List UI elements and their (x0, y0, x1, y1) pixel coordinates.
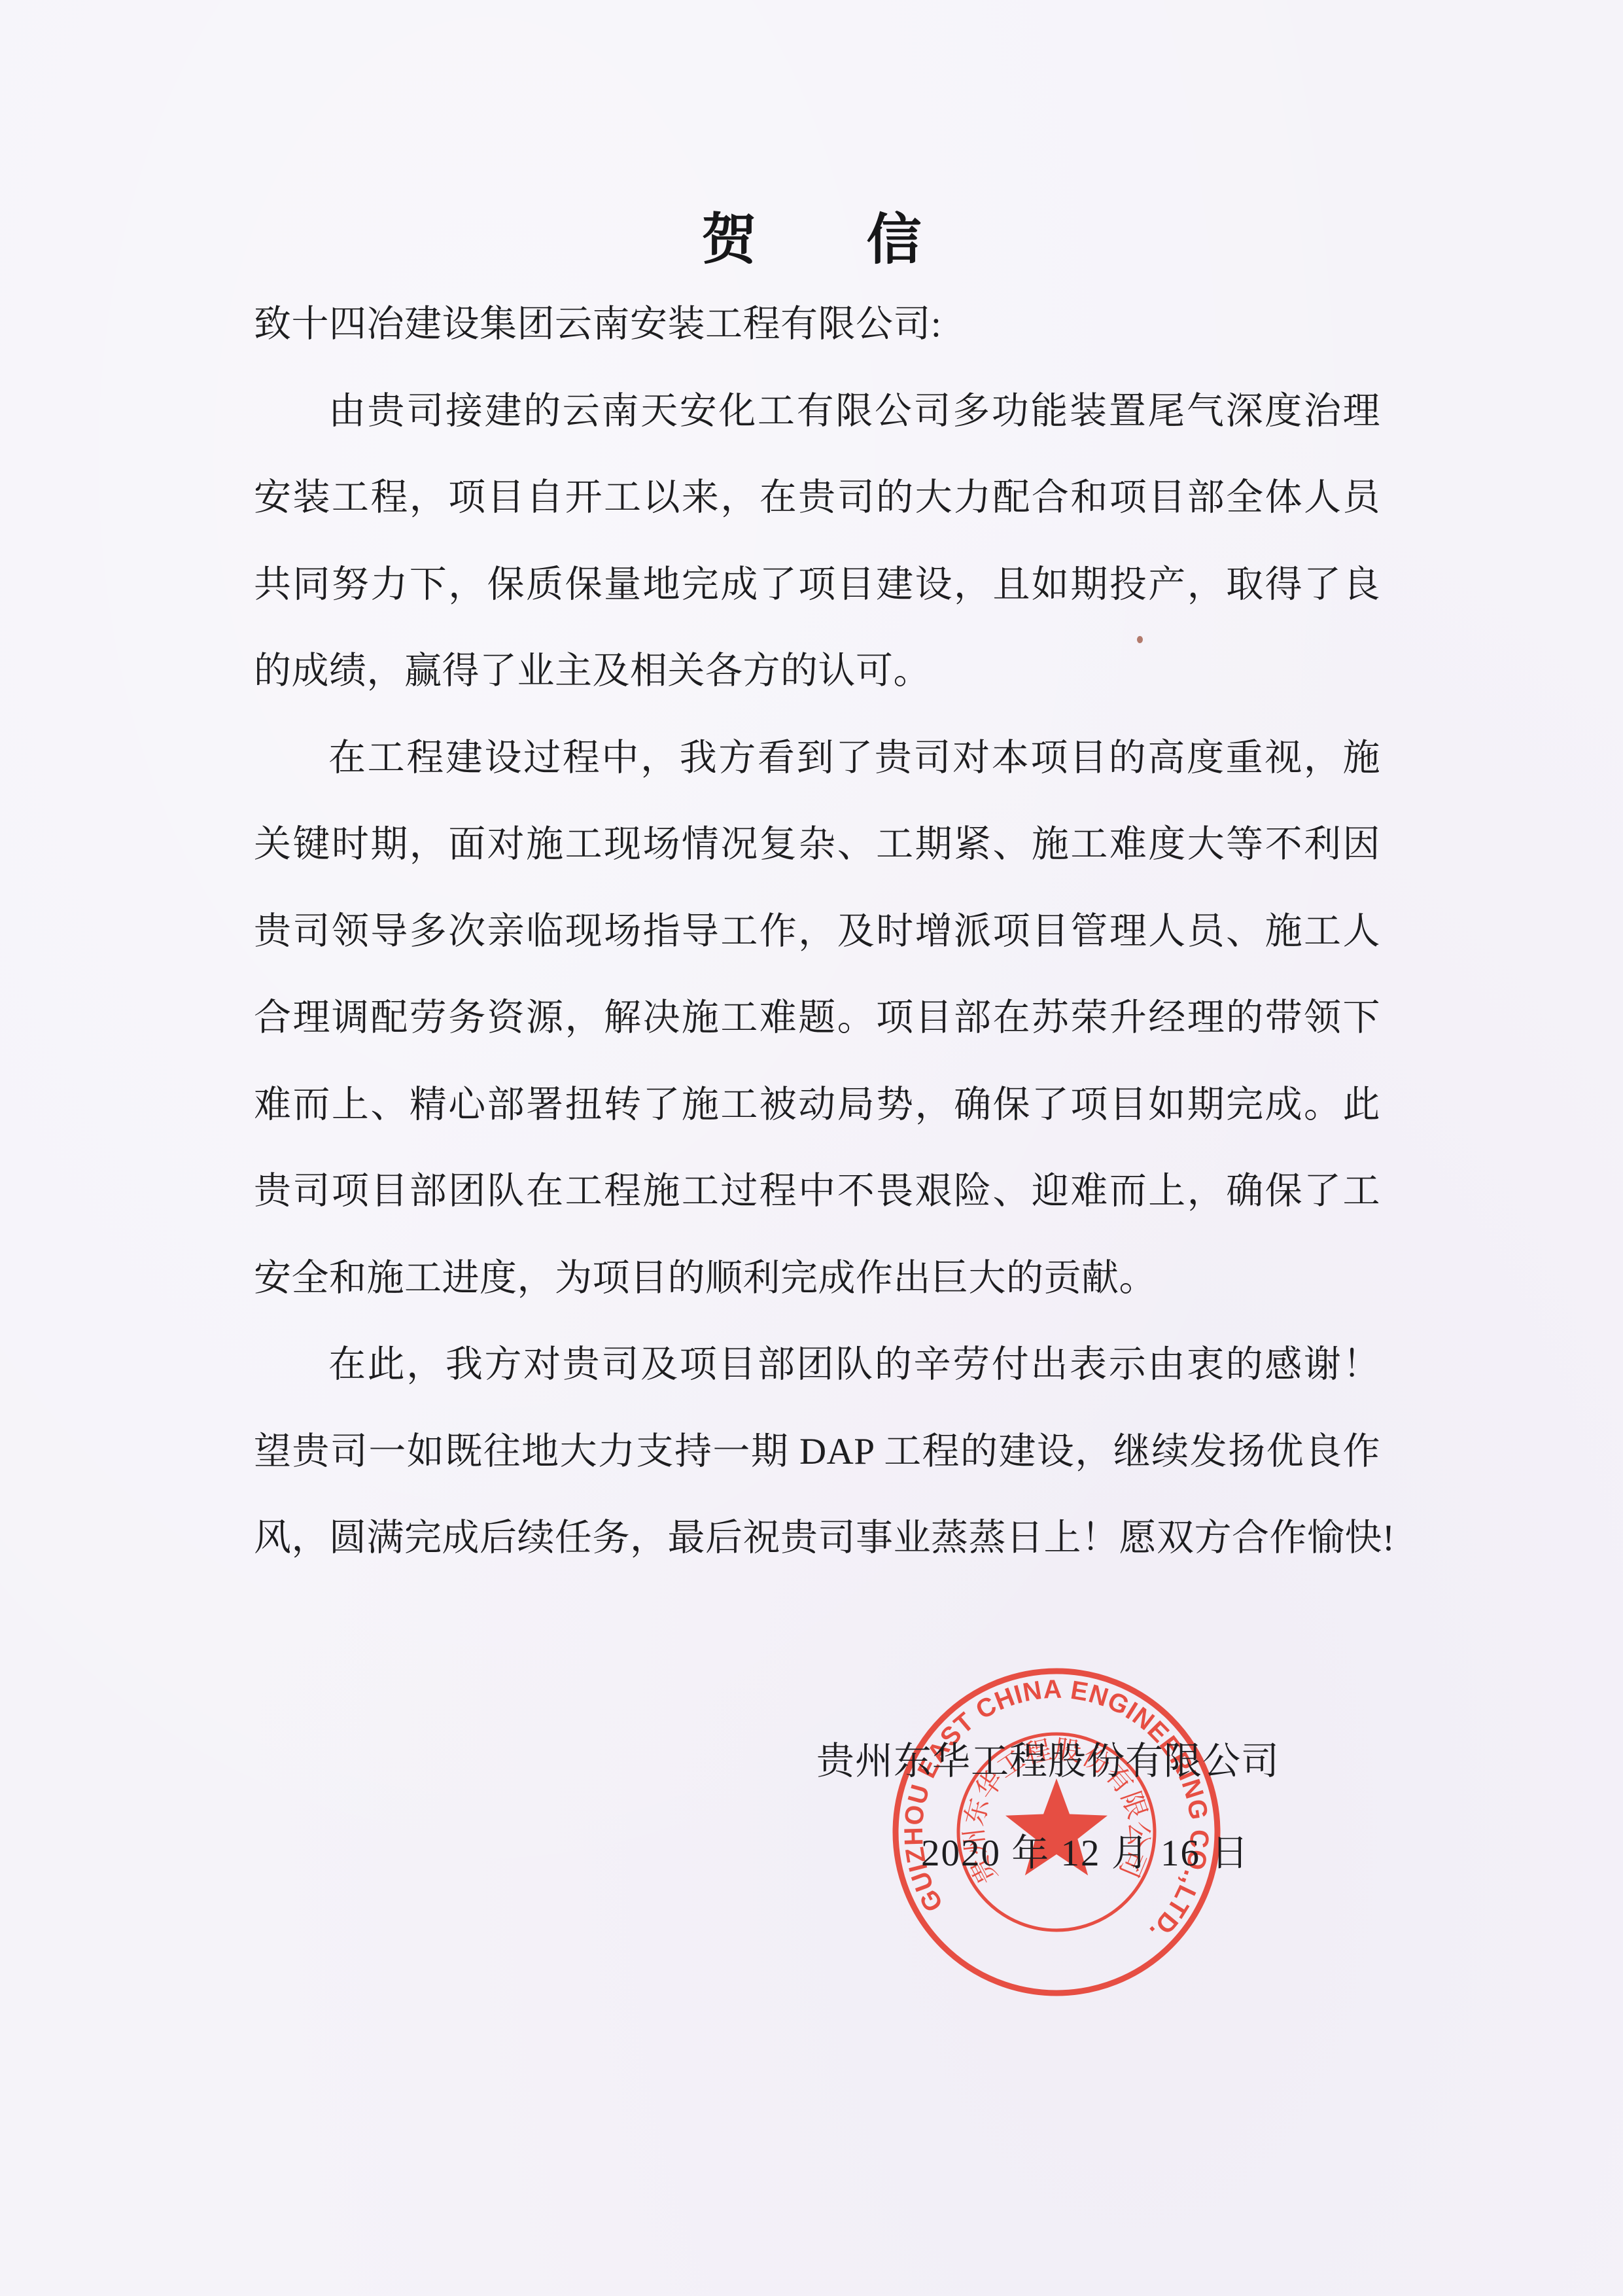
body-line: 安装工程，项目自开工以来，在贵司的大力配合和项目部全体人员的 (254, 455, 1380, 542)
body-line: 风，圆满完成后续任务，最后祝贵司事业蒸蒸日上！愿双方合作愉快! (254, 1495, 1380, 1582)
body-line: 由贵司接建的云南天安化工有限公司多功能装置尾气深度治理 (254, 368, 1380, 455)
body-line: 安全和施工进度，为项目的顺利完成作出巨大的贡献。 (254, 1235, 1380, 1322)
letter-page: 贺 信 致十四冶建设集团云南安装工程有限公司: 由贵司接建的云南天安化工有限公司… (0, 0, 1623, 2296)
body-line: 的成绩，赢得了业主及相关各方的认可。 (254, 628, 1380, 715)
body-line: 贵司领导多次亲临现场指导工作，及时增派项目管理人员、施工人员、 (254, 889, 1380, 976)
body-line: 在工程建设过程中，我方看到了贵司对本项目的高度重视，施工 (254, 715, 1380, 802)
body-line: 贵司项目部团队在工程施工过程中不畏艰险、迎难而上，确保了工程 (254, 1148, 1380, 1235)
body-line: 在此，我方对贵司及项目部团队的辛劳付出表示由衷的感谢！希 (254, 1322, 1380, 1409)
body-line: 难而上、精心部署扭转了施工被动局势，确保了项目如期完成。此外， (254, 1062, 1380, 1149)
signature-company: 贵州东华工程股份有限公司 (816, 1735, 1280, 1788)
body-line: 望贵司一如既往地大力支持一期 DAP 工程的建设，继续发扬优良作 (254, 1409, 1380, 1496)
body-line: 合理调配劳务资源，解决施工难题。项目部在苏荣升经理的带领下迎 (254, 975, 1380, 1062)
signature-date: 2020 年 12 月 16 日 (921, 1828, 1249, 1880)
letter-body: 致十四冶建设集团云南安装工程有限公司: 由贵司接建的云南天安化工有限公司多功能装… (254, 281, 1380, 1582)
body-line: 关键时期，面对施工现场情况复杂、工期紧、施工难度大等不利因素， (254, 802, 1380, 889)
letter-title: 贺 信 (0, 208, 1623, 274)
salutation-line: 致十四冶建设集团云南安装工程有限公司: (254, 281, 1380, 368)
body-line: 共同努力下，保质保量地完成了项目建设，且如期投产，取得了良好 (254, 542, 1380, 629)
